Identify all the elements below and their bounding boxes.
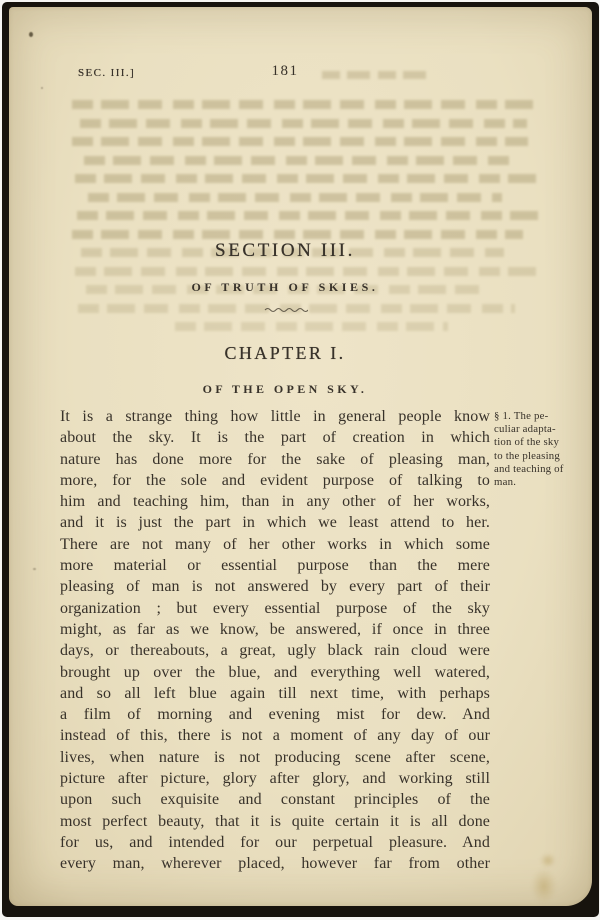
body-line: instead of this, there is not a moment o…: [60, 725, 490, 746]
body-line: organization ; but every essential purpo…: [60, 598, 490, 619]
body-line: picture after picture, glory after glory…: [60, 768, 490, 789]
body-line: a film of morning and evening mist for d…: [60, 704, 490, 725]
body-line: upon such exquisite and constant princip…: [60, 789, 490, 810]
body-line: nature has done more for the sake of ple…: [60, 449, 490, 470]
bleed-through-row: [80, 119, 527, 128]
body-line: every man, wherever placed, however far …: [60, 853, 490, 874]
bleed-through-row: [72, 230, 523, 239]
body-line: brought up over the blue, and everything…: [60, 662, 490, 683]
ink-speck: [29, 32, 33, 37]
body-line: days, or thereabouts, a great, ugly blac…: [60, 640, 490, 661]
body-paragraph: It is a strange thing how little in gene…: [60, 406, 490, 875]
margin-note-line: culiar adapta-: [494, 423, 580, 436]
body-line: for us, and intended for our perpetual p…: [60, 832, 490, 853]
bleed-through-row: [77, 211, 538, 220]
body-line: and so all left blue again till next tim…: [60, 683, 490, 704]
body-line: and it is just the part in which we leas…: [60, 512, 490, 533]
margin-note-line: tion of the sky: [494, 436, 580, 449]
divider-squiggle-icon: [264, 306, 308, 314]
ink-speck: [41, 87, 43, 89]
margin-note-line: and teaching of: [494, 463, 580, 476]
body-line: lives, when nature is not producing scen…: [60, 747, 490, 768]
body-line: most perfect beauty, that it is quite ce…: [60, 811, 490, 832]
section-title: SECTION III.: [60, 240, 510, 262]
margin-note-line: § 1. The pe-: [494, 410, 580, 423]
chapter-subtitle: OF THE OPEN SKY.: [60, 382, 510, 397]
body-line: There are not many of her other works in…: [60, 534, 490, 555]
bleed-through-row: [175, 322, 448, 331]
bleed-through-row: [72, 137, 528, 146]
body-line: It is a strange thing how little in gene…: [60, 406, 490, 427]
margin-note-line: man.: [494, 476, 580, 489]
bleed-through-row: [75, 174, 542, 183]
bleed-through-row: [75, 267, 542, 276]
body-line: more material or essential purpose than …: [60, 555, 490, 576]
bleed-through-row: [88, 193, 502, 202]
margin-note-line: to the pleasing: [494, 450, 580, 463]
scanned-book-page: SEC. III.] 181 SECTION III. OF TRUTH OF …: [0, 0, 600, 920]
page-number: 181: [60, 63, 510, 80]
body-line: about the sky. It is the part of creatio…: [60, 427, 490, 448]
body-line: pleasing of man is not answered by every…: [60, 576, 490, 597]
body-line: more, for the sole and evident purpose o…: [60, 470, 490, 491]
chapter-title: CHAPTER I.: [60, 343, 510, 364]
section-subtitle: OF TRUTH OF SKIES.: [60, 280, 510, 295]
ink-speck: [33, 568, 36, 570]
body-line: might, as far as we know, be answered, i…: [60, 619, 490, 640]
bleed-through-row: [72, 100, 542, 109]
margin-note: § 1. The pe-culiar adapta-tion of the sk…: [494, 410, 580, 489]
bleed-through-text: [72, 100, 542, 341]
body-line: him and teaching him, than in any other …: [60, 491, 490, 512]
bleed-through-row: [84, 156, 516, 165]
